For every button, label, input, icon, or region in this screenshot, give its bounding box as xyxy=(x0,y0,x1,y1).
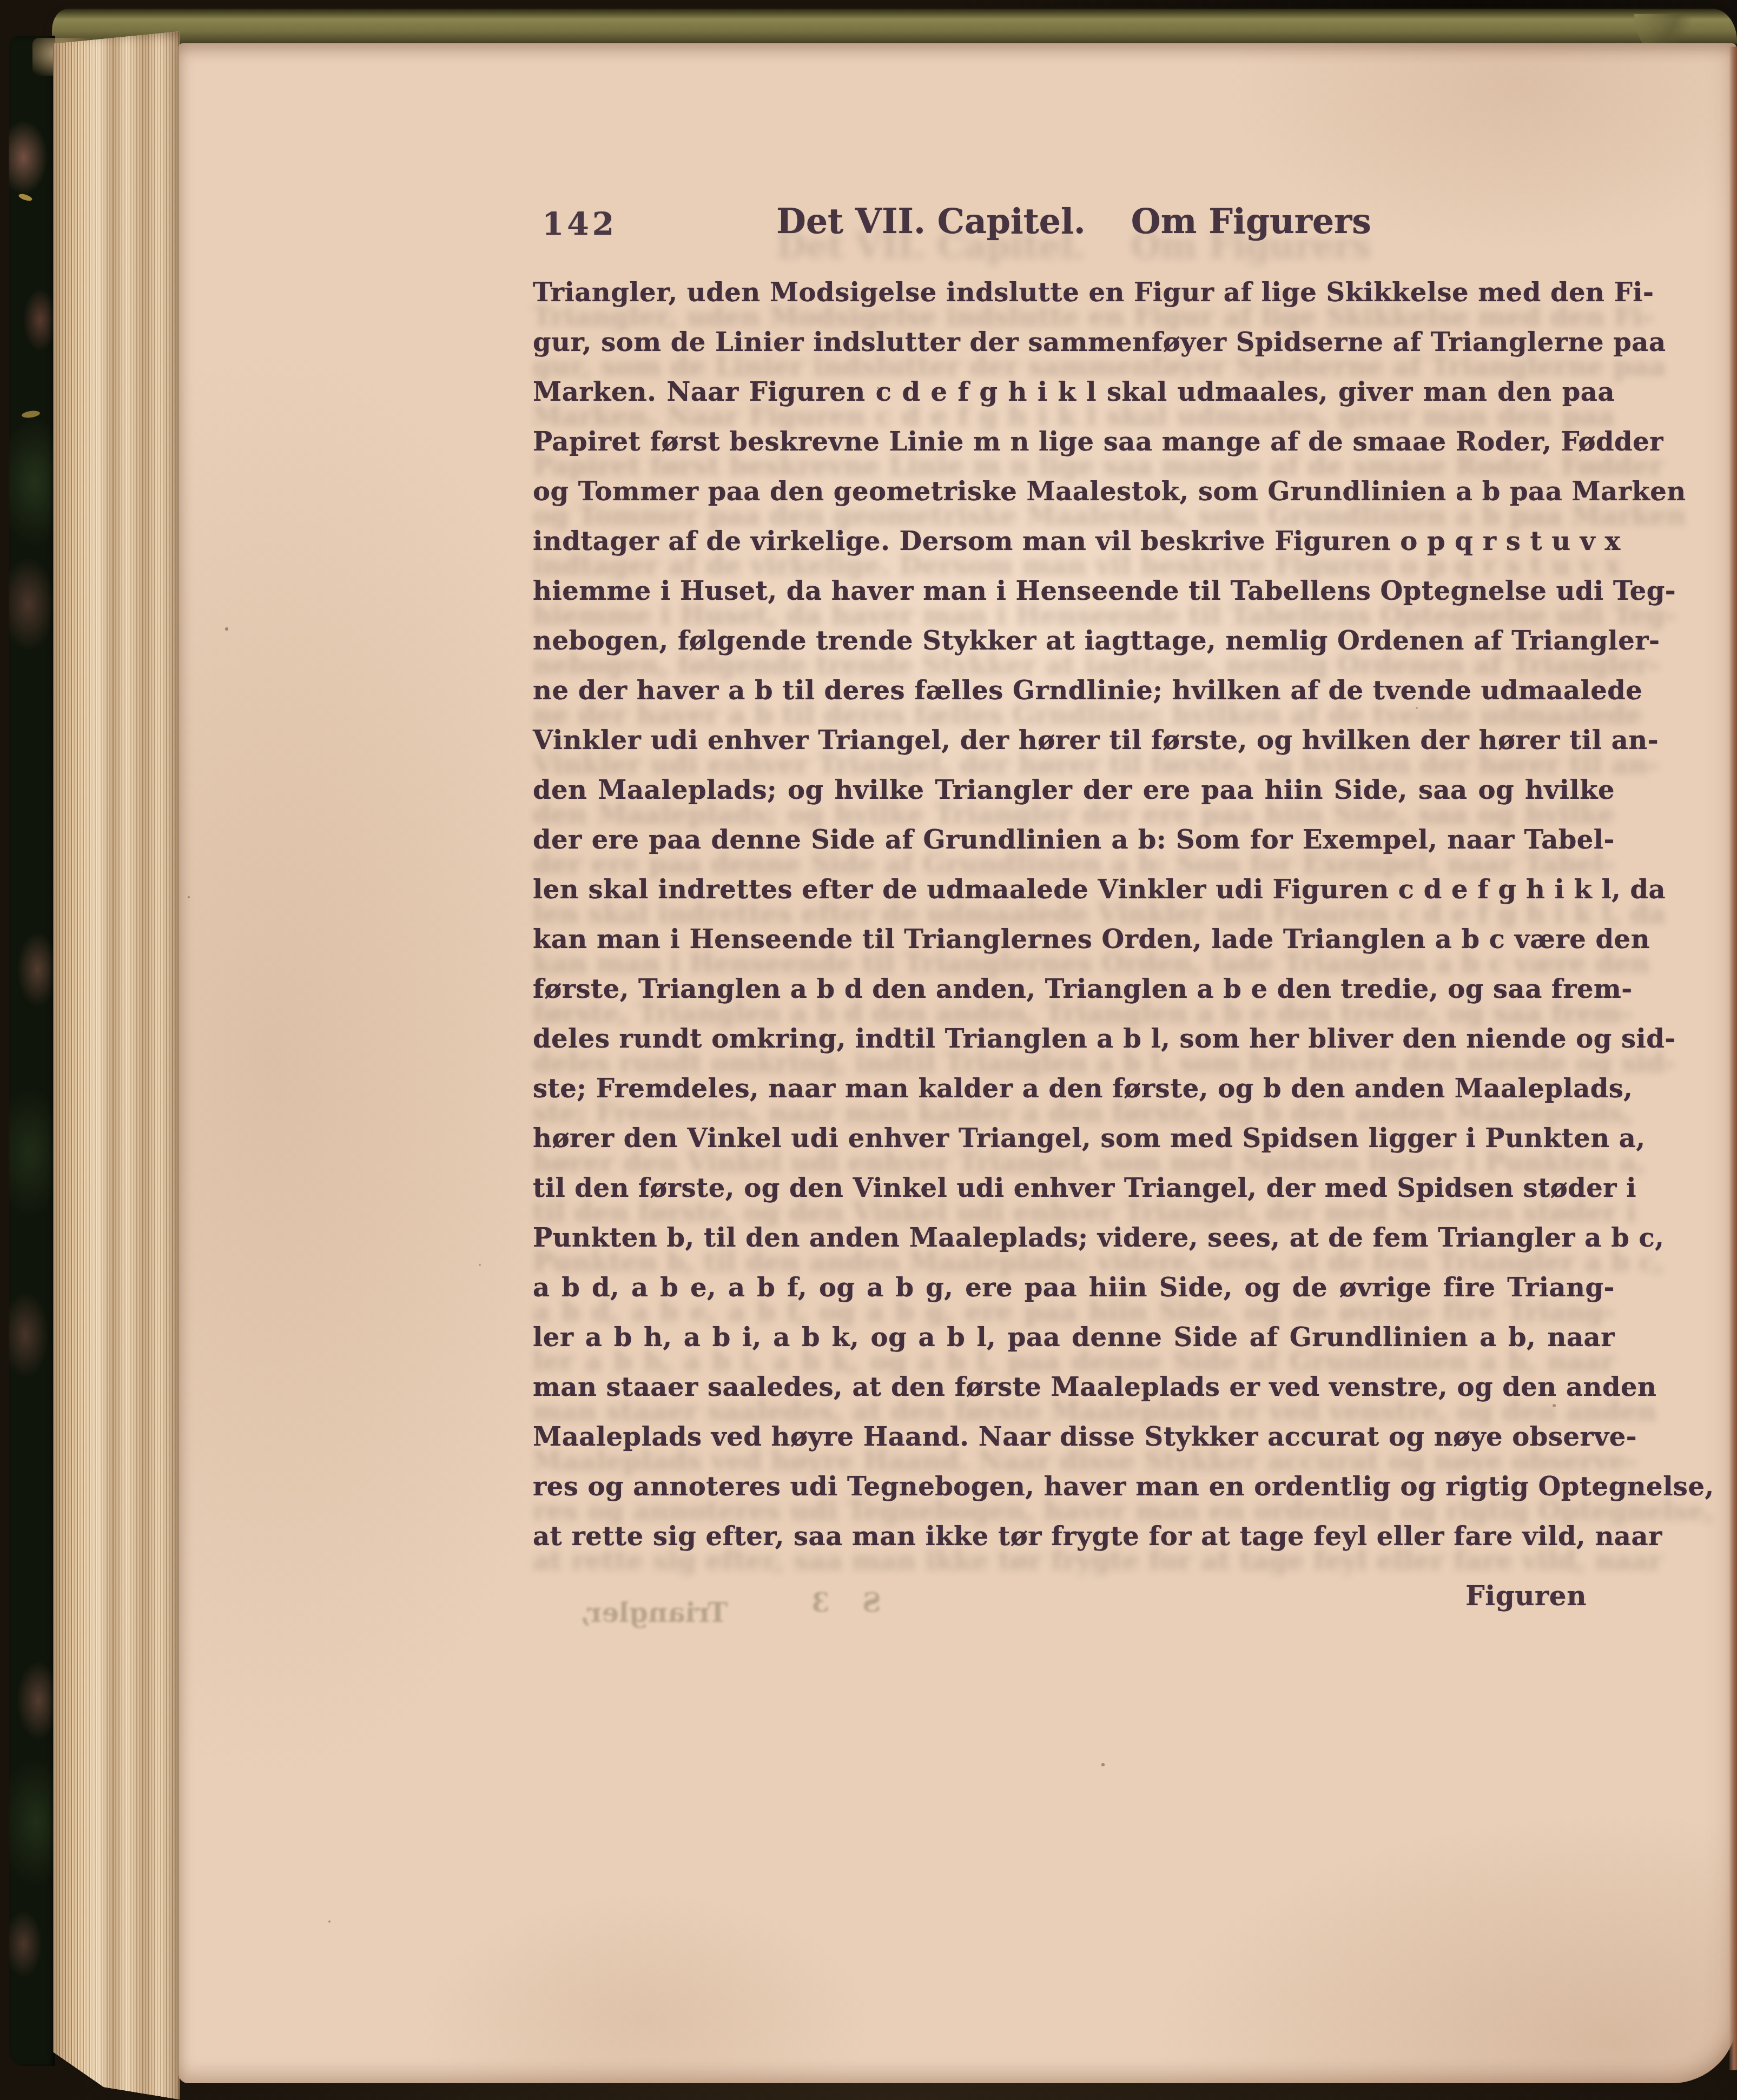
text-line: gur, som de Linier indslutter der sammen… xyxy=(533,317,1615,367)
running-header: Det VII. Capitel. Om Figurers xyxy=(533,201,1615,241)
text-line: der ere paa denne Side af Grundlinien a … xyxy=(533,815,1615,865)
text-line: deles rundt omkring, indtil Trianglen a … xyxy=(533,1014,1615,1064)
text-line: Vinkler udi enhver Triangel, der hører t… xyxy=(533,716,1615,765)
text-line: indtager af de virkelige. Dersom man vil… xyxy=(533,516,1615,566)
verso-showthrough-text: Triangler, xyxy=(580,1596,728,1628)
gutter-edge-line xyxy=(1729,47,1737,2070)
text-line: Papiret først beskrevne Linie m n lige s… xyxy=(533,417,1615,467)
text-line: til den første, og den Vinkel udi enhver… xyxy=(533,1163,1615,1213)
text-line: a b d, a b e, a b f, og a b g, ere paa h… xyxy=(533,1263,1615,1313)
text-line: Maaleplads ved høyre Haand. Naar disse S… xyxy=(533,1412,1615,1462)
book-top-edge xyxy=(52,9,1737,44)
text-line: Punkten b, til den anden Maaleplads; vid… xyxy=(533,1213,1615,1263)
text-line: nebogen, følgende trende Stykker at iagt… xyxy=(533,616,1615,666)
body-text: Triangler, uden Modsigelse indslutte en … xyxy=(533,268,1615,1612)
text-line: len skal indrettes efter de udmaalede Vi… xyxy=(533,865,1615,915)
scanned-book-photo: 142 Det VII. Capitel. Om Figurers Triang… xyxy=(0,0,1737,2100)
verso-showthrough-signature-mark: S 3 xyxy=(800,1588,881,1618)
text-line: hører den Vinkel udi enhver Triangel, so… xyxy=(533,1114,1615,1163)
text-line: ler a b h, a b i, a b k, og a b l, paa d… xyxy=(533,1313,1615,1362)
text-line: og Tommer paa den geometriske Maalestok,… xyxy=(533,467,1615,516)
page-fore-edges xyxy=(53,31,180,2099)
text-line: den Maaleplads; og hvilke Triangler der … xyxy=(533,765,1615,815)
paper-specks xyxy=(179,43,180,44)
text-line: man staaer saaledes, at den første Maale… xyxy=(533,1362,1615,1412)
book-cover-board xyxy=(9,36,55,2066)
text-line: hiemme i Huset, da haver man i Henseende… xyxy=(533,566,1615,616)
text-line: at rette sig efter, saa man ikke tør fry… xyxy=(533,1512,1615,1561)
text-line: Marken. Naar Figuren c d e f g h i k l s… xyxy=(533,367,1615,417)
text-line: kan man i Henseende til Trianglernes Ord… xyxy=(533,915,1615,964)
text-line: Triangler, uden Modsigelse indslutte en … xyxy=(533,268,1615,317)
text-line: ste; Fremdeles, naar man kalder a den fø… xyxy=(533,1064,1615,1114)
book-page: 142 Det VII. Capitel. Om Figurers Triang… xyxy=(179,43,1737,2083)
text-line: res og annoteres udi Tegnebogen, haver m… xyxy=(533,1462,1615,1512)
section-title: Om Figurers xyxy=(1131,201,1371,241)
text-line: ne der haver a b til deres fælles Grndli… xyxy=(533,666,1615,716)
chapter-title: Det VII. Capitel. xyxy=(776,201,1085,241)
text-line: første, Trianglen a b d den anden, Trian… xyxy=(533,964,1615,1014)
